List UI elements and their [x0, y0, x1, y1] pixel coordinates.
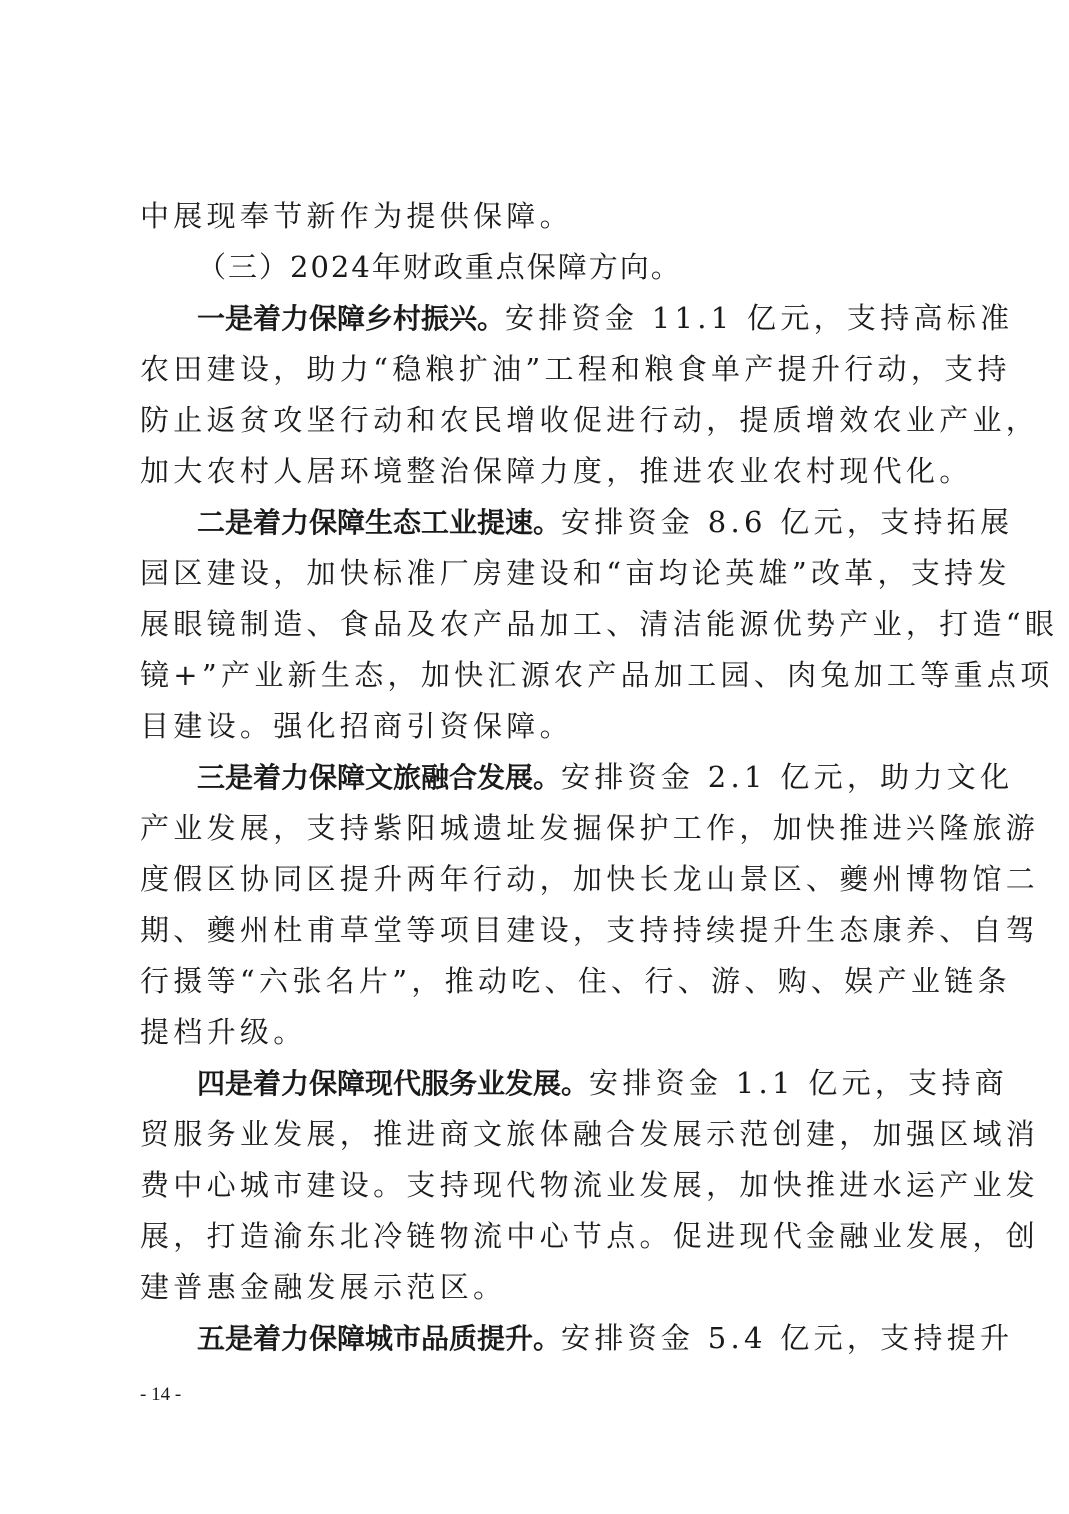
line-text: 贸服务业发展，推进商文旅体融合发展示范创建，加强区域消 — [140, 1117, 1039, 1151]
text-line: 提档升级。 — [140, 1012, 940, 1052]
text-line: 农田建设，助力“稳粮扩油”工程和粮食单产提升行动，支持 — [140, 349, 940, 389]
text-line: 镜+”产业新生态，加快汇源农产品加工园、肉兔加工等重点项 — [140, 655, 940, 695]
line-text: 展，打造渝东北冷链物流中心节点。促进现代金融业发展，创 — [140, 1219, 1039, 1253]
line-text: 展眼镜制造、食品及农产品加工、清洁能源优势产业，打造“眼 — [140, 607, 1058, 641]
line-text: 行摄等“六张名片”，推动吃、住、行、游、购、娱产业链条 — [140, 964, 1011, 998]
text-line: 展眼镜制造、食品及农产品加工、清洁能源优势产业，打造“眼 — [140, 604, 940, 644]
text-line: 产业发展，支持紫阳城遗址发掘保护工作，加快推进兴隆旅游 — [140, 808, 940, 848]
line-text: 建普惠金融发展示范区。 — [140, 1270, 506, 1304]
text-line: 加大农村人居环境整治保障力度，推进农业农村现代化。 — [140, 451, 940, 491]
line-text: 防止返贫攻坚行动和农民增收促进行动，提质增效农业产业， — [140, 403, 1039, 437]
heading-text: （三）2024年财政重点保障方向。 — [197, 250, 682, 284]
section-heading: （三）2024年财政重点保障方向。 — [197, 247, 997, 287]
line-text: 费中心城市建设。支持现代物流业发展，加快推进水运产业发 — [140, 1168, 1039, 1202]
line-text: 镜+”产业新生态，加快汇源农产品加工园、肉兔加工等重点项 — [140, 658, 1054, 692]
text-line: 行摄等“六张名片”，推动吃、住、行、游、购、娱产业链条 — [140, 961, 940, 1001]
paragraph-1-lead: 一是着力保障乡村振兴。安排资金 11.1 亿元，支持高标准 — [197, 298, 997, 338]
line-text: 安排资金 2.1 亿元，助力文化 — [561, 760, 1013, 794]
lead-heading-bold: 五是着力保障城市品质提升。 — [197, 1322, 561, 1355]
lead-heading-bold: 二是着力保障生态工业提速。 — [197, 506, 561, 539]
text-line: 度假区协同区提升两年行动，加快长龙山景区、夔州博物馆二 — [140, 859, 940, 899]
paragraph-5-lead: 五是着力保障城市品质提升。安排资金 5.4 亿元，支持提升 — [197, 1318, 997, 1358]
line-text: 期、夔州杜甫草堂等项目建设，支持持续提升生态康养、自驾 — [140, 913, 1039, 947]
line-text: 园区建设，加快标准厂房建设和“亩均论英雄”改革，支持发 — [140, 556, 1011, 590]
line-text: 农田建设，助力“稳粮扩油”工程和粮食单产提升行动，支持 — [140, 352, 1011, 386]
text-line: 目建设。强化招商引资保障。 — [140, 706, 940, 746]
lead-heading-bold: 三是着力保障文旅融合发展。 — [197, 761, 561, 794]
text-line: 防止返贫攻坚行动和农民增收促进行动，提质增效农业产业， — [140, 400, 940, 440]
line-text: 提档升级。 — [140, 1015, 307, 1049]
line-text: 中展现奉节新作为提供保障。 — [140, 199, 573, 233]
page-number: - 14 - — [140, 1384, 181, 1406]
text-line: 展，打造渝东北冷链物流中心节点。促进现代金融业发展，创 — [140, 1216, 940, 1256]
line-text: 目建设。强化招商引资保障。 — [140, 709, 573, 743]
lead-heading-bold: 一是着力保障乡村振兴。 — [197, 302, 505, 335]
text-line: 费中心城市建设。支持现代物流业发展，加快推进水运产业发 — [140, 1165, 940, 1205]
line-text: 产业发展，支持紫阳城遗址发掘保护工作，加快推进兴隆旅游 — [140, 811, 1039, 845]
line-text: 加大农村人居环境整治保障力度，推进农业农村现代化。 — [140, 454, 973, 488]
lead-heading-bold: 四是着力保障现代服务业发展。 — [197, 1067, 589, 1100]
document-page: 中展现奉节新作为提供保障。 （三）2024年财政重点保障方向。 一是着力保障乡村… — [0, 0, 1069, 1514]
line-text: 安排资金 1.1 亿元，支持商 — [589, 1066, 1008, 1100]
text-line: 园区建设，加快标准厂房建设和“亩均论英雄”改革，支持发 — [140, 553, 940, 593]
paragraph-2-lead: 二是着力保障生态工业提速。安排资金 8.6 亿元，支持拓展 — [197, 502, 997, 542]
text-line: 建普惠金融发展示范区。 — [140, 1267, 940, 1307]
text-line: 贸服务业发展，推进商文旅体融合发展示范创建，加强区域消 — [140, 1114, 940, 1154]
line-text: 安排资金 5.4 亿元，支持提升 — [561, 1321, 1013, 1355]
paragraph-4-lead: 四是着力保障现代服务业发展。安排资金 1.1 亿元，支持商 — [197, 1063, 997, 1103]
text-line: 期、夔州杜甫草堂等项目建设，支持持续提升生态康养、自驾 — [140, 910, 940, 950]
line-text: 度假区协同区提升两年行动，加快长龙山景区、夔州博物馆二 — [140, 862, 1039, 896]
line-text: 安排资金 8.6 亿元，支持拓展 — [561, 505, 1013, 539]
line-text: 安排资金 11.1 亿元，支持高标准 — [505, 301, 1013, 335]
text-line: 中展现奉节新作为提供保障。 — [140, 196, 940, 236]
paragraph-3-lead: 三是着力保障文旅融合发展。安排资金 2.1 亿元，助力文化 — [197, 757, 997, 797]
